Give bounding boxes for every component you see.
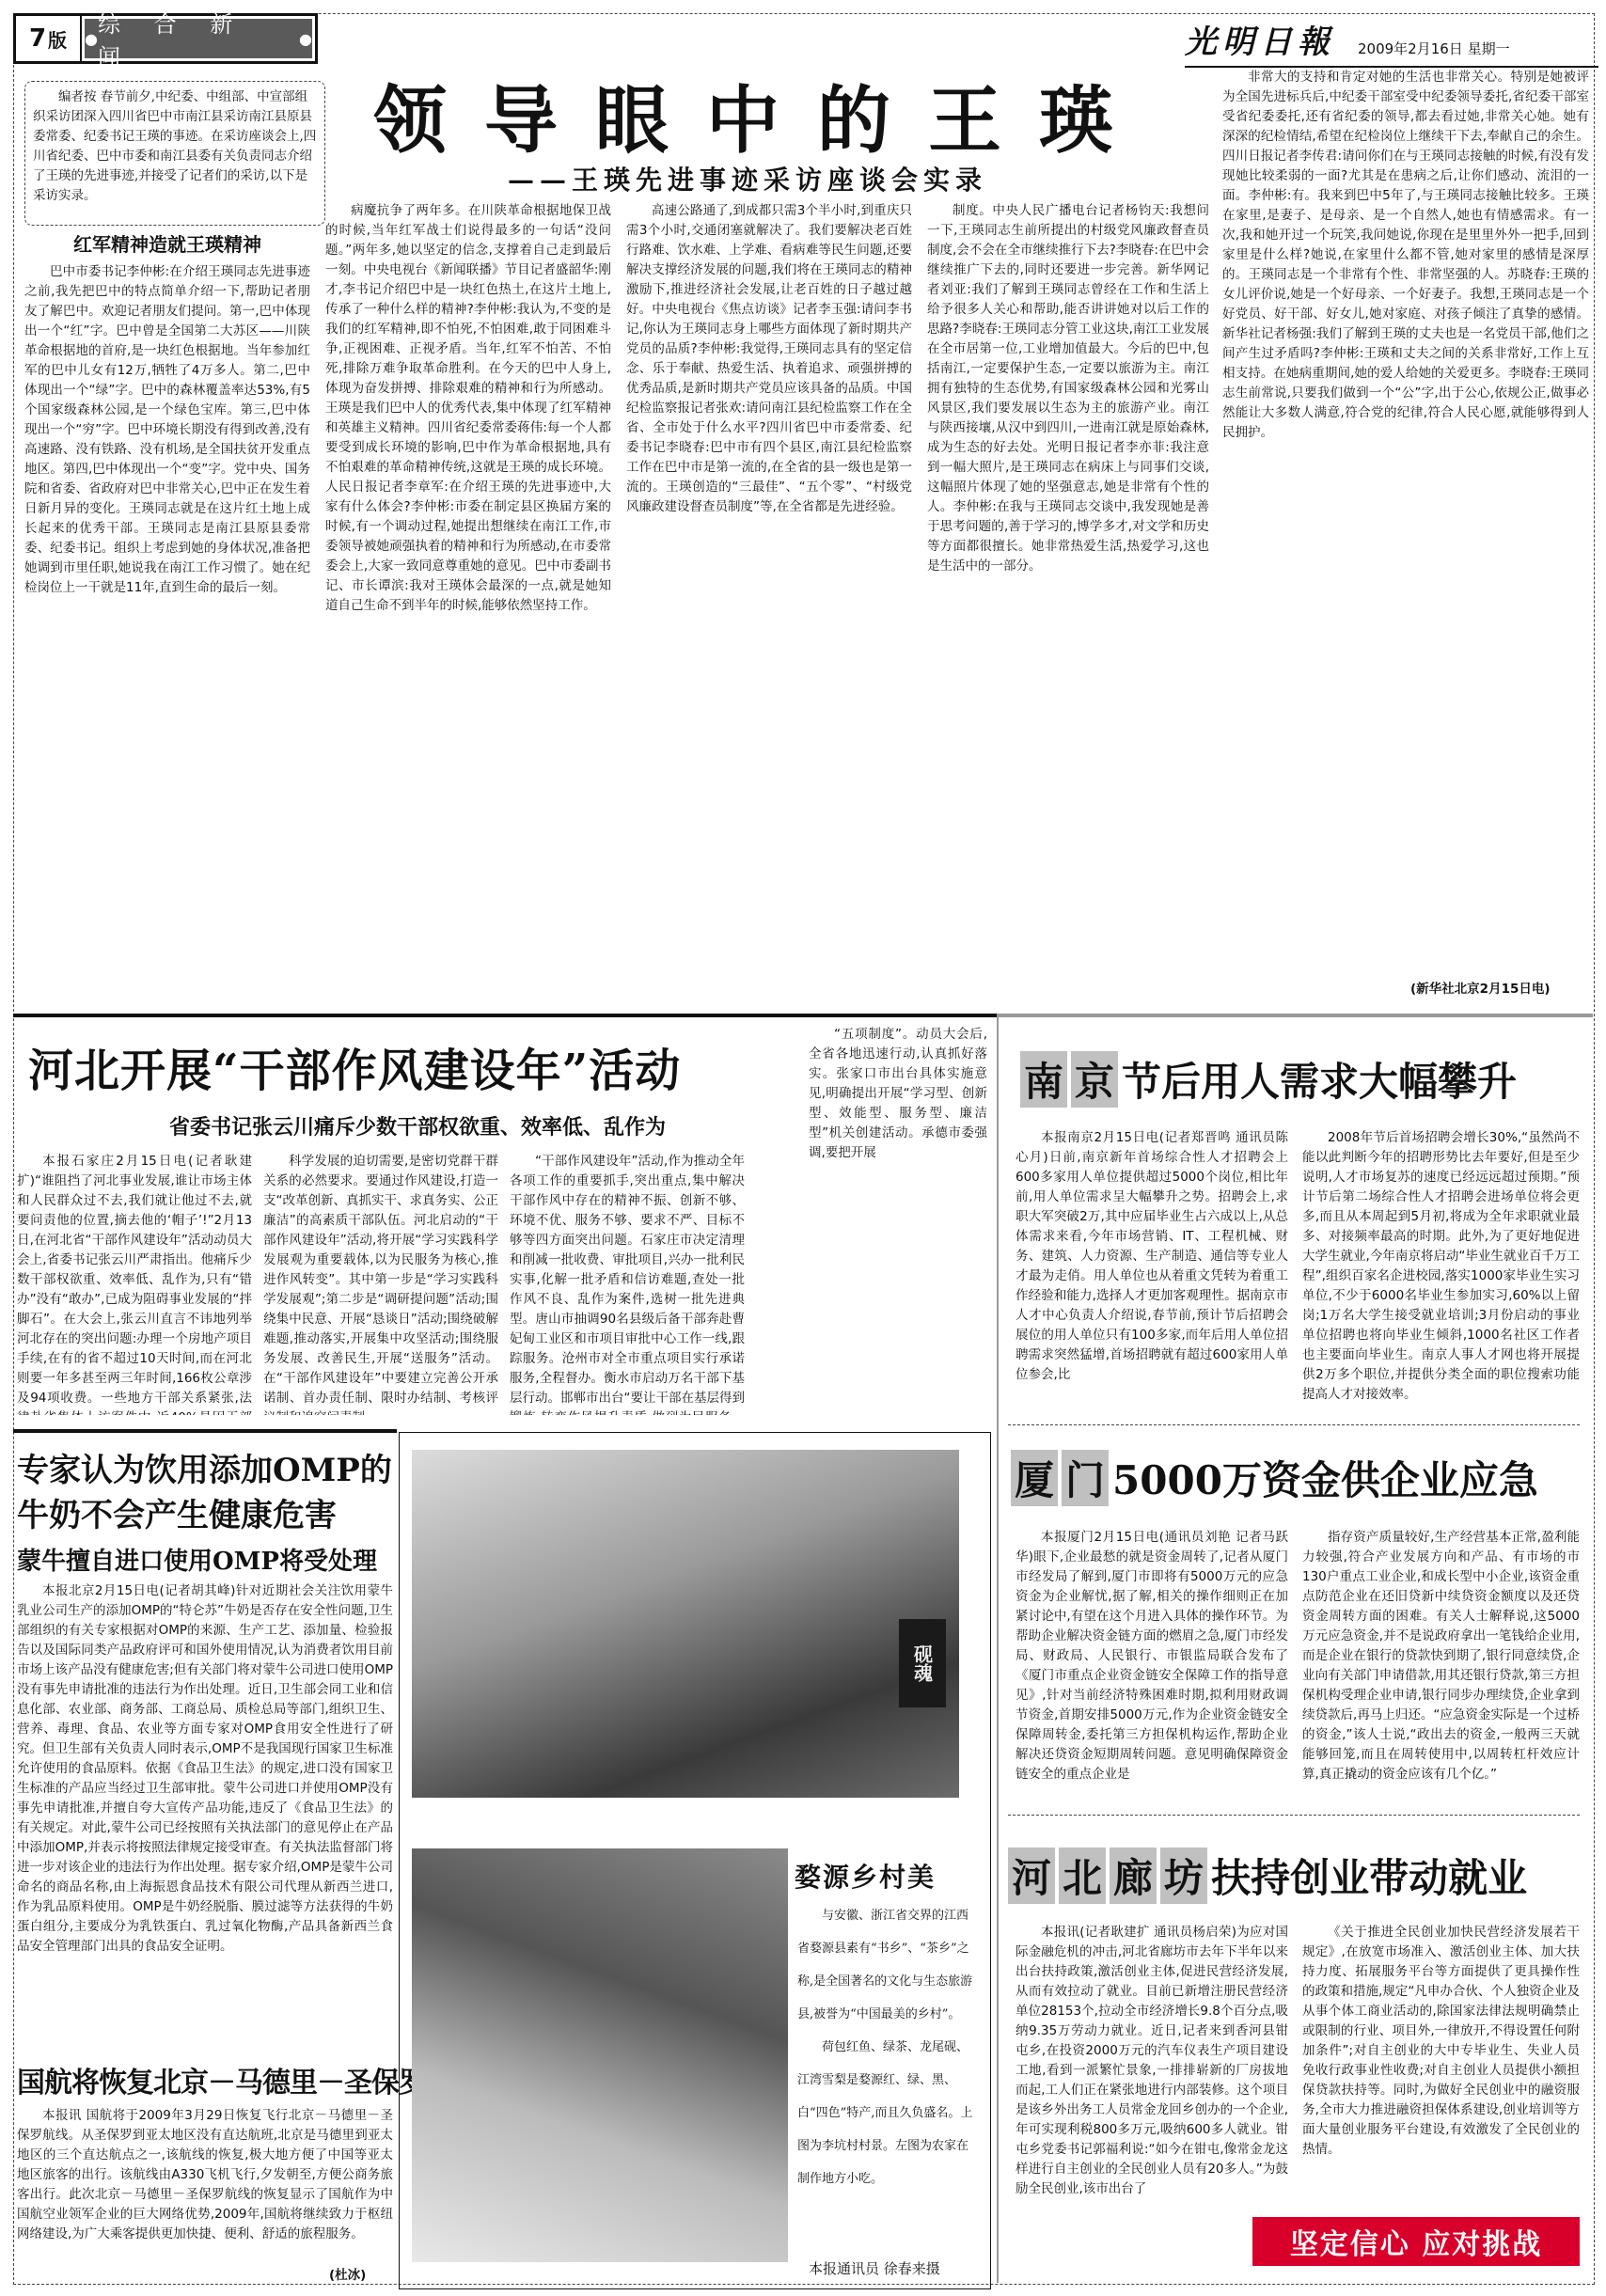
nanjing-column-2: 2008年节后首场招聘会增长30%,“虽然尚不能以此判断今年的招聘形势比去年要好… <box>1302 1128 1580 1410</box>
section-title: ● 综 合 新 闻 ● <box>85 19 312 58</box>
xiamen-column-2: 指存资产质量较好,生产经营基本正常,盈利能力较强,符合产业发展方向和产品、有市场… <box>1302 1528 1580 1801</box>
lead-column-4: 制度。中央人民广播电台记者杨钧天:我想问一下,王瑛同志生前所提出的村级党风廉政督… <box>927 201 1209 1006</box>
village-photo: 砚魂 <box>412 1450 959 1798</box>
photo-feature-title: 婺源乡村美 <box>795 1857 936 1895</box>
divider <box>1008 1424 1580 1425</box>
issue-date: 2009年2月16日 星期一 <box>1358 39 1510 62</box>
hebei-subheadline: 省委书记张云川痛斥少数干部权欲重、效率低、乱作为 <box>169 1111 666 1140</box>
lead-headline: 领导眼中的王瑛 <box>339 62 1185 167</box>
section-heading: 红军精神造就王瑛精神 <box>24 235 310 255</box>
photo-sign: 砚魂 <box>899 1619 946 1707</box>
hebei-column-4: “五项制度”。动员大会后,全省各地迅速行动,认真抓好落实。张家口市出台具体实施意… <box>809 1025 987 1232</box>
xiamen-headline: 厦 门 5000万资金供企业应急 <box>1011 1450 1538 1506</box>
xiamen-column-1: 本报厦门2月15日电(通讯员刘艳 记者马跃华)眼下,企业最愁的就是资金周转了,记… <box>1016 1528 1288 1801</box>
newspaper-logo: 光明日報 <box>1185 16 1335 62</box>
nanjing-column-1: 本报南京2月15日电(记者郑晋鸣 通讯员陈心月)日前,南京新年首场综合性人才招聘… <box>1016 1128 1288 1410</box>
hebei-headline: 河北开展“干部作风建设年”活动 <box>28 1034 681 1099</box>
cooking-photo <box>412 1848 788 2262</box>
lead-column-2: 病魔抗争了两年多。在川陕革命根据地保卫战的时候,当年红军战士们说得最多的一句话“… <box>325 201 611 1006</box>
hebei-column-1: 本报石家庄2月15日电(记者耿建扩)“谁阻挡了河北事业发展,谁让市场主体和人民群… <box>17 1152 252 1415</box>
hebei-column-2: 科学发展的迫切需要,是密切党群干群关系的必然要求。要通过作风建设,打造一支“改革… <box>263 1152 498 1415</box>
divider <box>13 1429 397 1433</box>
nanjing-headline: 南 京 节后用人需求大幅攀升 <box>1020 1051 1517 1108</box>
editor-note: 编者按 春节前夕,中纪委、中组部、中宣部组织采访团深入四川省巴中市南江县采访南江… <box>24 81 325 226</box>
langfang-headline: 河 北 廊 坊 扶持创业带动就业 <box>1008 1848 1527 1904</box>
lead-dateline: (新华社北京2月15日电) <box>1410 978 1551 997</box>
hebei-column-3: “干部作风建设年”活动,作为推动全年各项工作的重要抓手,突出重点,集中解决干部作… <box>510 1152 745 1415</box>
photo-credit: 本报通讯员 徐春来摄 <box>809 2258 940 2278</box>
page-number: 7版 <box>16 16 82 61</box>
photo-feature-caption: 与安徽、浙江省交界的江西省婺源县素有“书乡”、“茶乡”之称,是全国著名的文化与生… <box>797 1899 974 2195</box>
divider <box>13 1014 997 1017</box>
omp-headline: 专家认为饮用添加OMP的牛奶不会产生健康危害 <box>17 1448 393 1538</box>
lead-column-5: 非常大的支持和肯定对她的生活也非常关心。特别是她被评为全国先进标兵后,中纪委干部… <box>1222 68 1589 970</box>
lead-column-3: 高速公路通了,到成都只需3个半小时,到重庆只需3个小时,交通闭塞就解决了。我们要… <box>626 201 912 1006</box>
bullet-icon: ● <box>299 30 312 48</box>
page-section-header: 7版 ● 综 合 新 闻 ● <box>13 13 318 64</box>
divider <box>997 1014 1593 1017</box>
omp-subheadline: 蒙牛擅自进口使用OMP将受处理 <box>17 1542 393 1577</box>
omp-body: 本报北京2月15日电(记者胡其峰)针对近期社会关注饮用蒙牛乳业公司生产的添加OM… <box>17 1581 393 2042</box>
langfang-column-1: 本报讯(记者耿建扩 通讯员杨启荣)为应对国际金融危机的冲击,河北省廊坊市去年下半… <box>1016 1923 1288 2285</box>
airline-byline: (杜冰) <box>329 2266 395 2287</box>
masthead: 光明日報 2009年2月16日 星期一 <box>1185 28 1598 68</box>
lead-column-1: 红军精神造就王瑛精神 巴中市委书记李仲彬:在介绍王瑛同志先进事迹之前,我先把巴中… <box>24 226 310 1006</box>
slogan-banner: 坚定信心 应对挑战 <box>1252 2217 1580 2266</box>
lead-subheadline: ——王瑛先进事迹采访座谈会实录 <box>508 160 1185 197</box>
divider <box>1008 1815 1580 1816</box>
airline-body: 本报讯 国航将于2009年3月29日恢复飞行北京－马德里－圣保罗航线。从圣保罗到… <box>17 2106 393 2266</box>
column-divider <box>997 1014 999 2283</box>
langfang-column-2: 《关于推进全民创业加快民营经济发展若干规定》,在放宽市场准入、激活创业主体、加大… <box>1302 1923 1580 2205</box>
bullet-icon: ● <box>85 30 98 48</box>
